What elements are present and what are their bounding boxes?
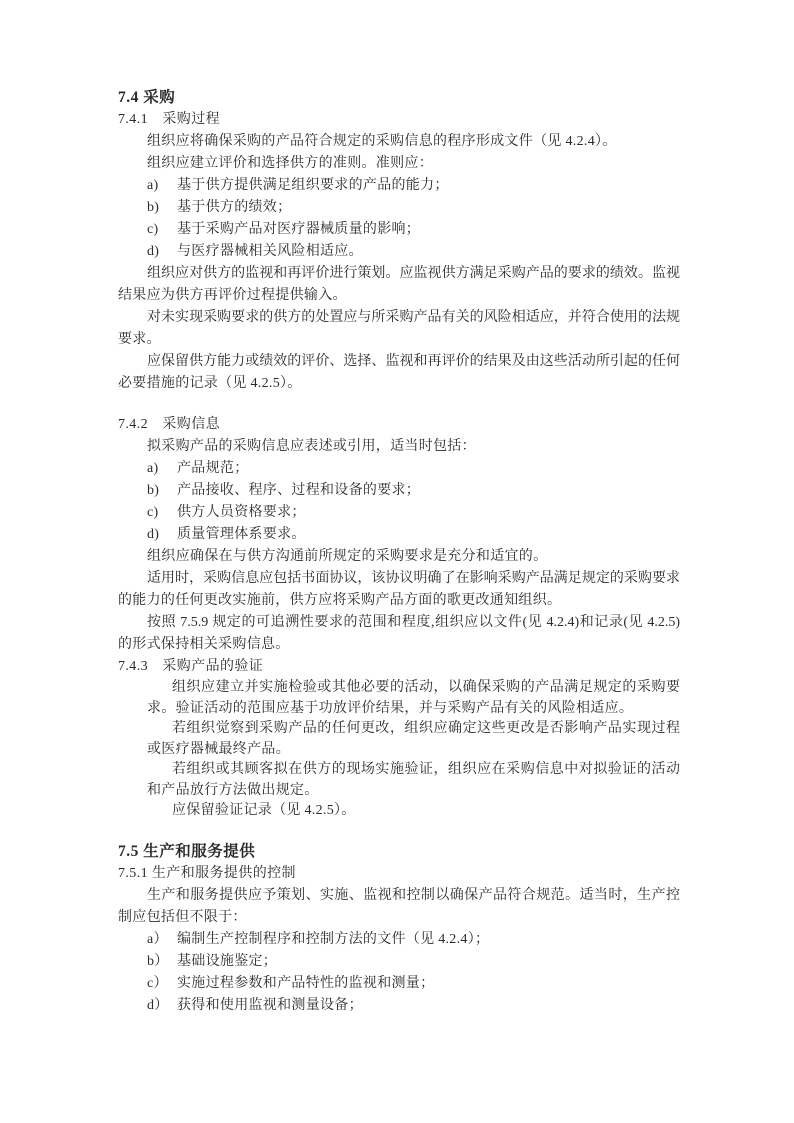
paragraph-line: 的形式保持相关采购信息。 bbox=[118, 634, 680, 656]
paragraph-line: 必要措施的记录（见 4.2.5）。 bbox=[118, 373, 680, 395]
list-item: d)与医疗器械相关风险相适应。 bbox=[118, 241, 680, 263]
list-item: b)产品接收、程序、过程和设备的要求； bbox=[118, 480, 680, 502]
list-marker: a) bbox=[147, 458, 177, 480]
list-item-text: 编制生产控制程序和控制方法的文件（见 4.2.4）； bbox=[177, 932, 489, 947]
paragraph-line: 组织应对供方的监视和再评价进行策划。应监视供方满足采购产品的要求的绩效。监视 bbox=[118, 263, 680, 285]
paragraph-line: 对未实现采购要求的供方的处置应与所采购产品有关的风险相适应，并符合使用的法规 bbox=[118, 307, 680, 329]
paragraph-gap bbox=[118, 822, 680, 841]
list-marker: b) bbox=[147, 197, 177, 219]
list-item-text: 获得和使用监视和测量设备； bbox=[177, 998, 363, 1013]
list-marker: d) bbox=[147, 524, 177, 546]
paragraph-line: 生产和服务提供应予策划、实施、监视和控制以确保产品符合规范。适当时，生产控 bbox=[118, 885, 680, 907]
subsection-heading: 7.4.1 采购过程 bbox=[118, 109, 680, 131]
list-item: a）编制生产控制程序和控制方法的文件（见 4.2.4）； bbox=[118, 929, 680, 951]
list-item: c）实施过程参数和产品特性的监视和测量； bbox=[118, 973, 680, 995]
paragraph-line: 或医疗器械最终产品。 bbox=[147, 740, 680, 761]
list-item: b)基于供方的绩效； bbox=[118, 197, 680, 219]
list-item: b）基础设施鉴定； bbox=[118, 951, 680, 973]
subsection-heading: 7.5.1 生产和服务提供的控制 bbox=[118, 863, 680, 885]
paragraph-line: 要求。 bbox=[118, 329, 680, 351]
list-item: c)基于采购产品对医疗器械质量的影响； bbox=[118, 219, 680, 241]
list-marker: b） bbox=[147, 951, 177, 973]
paragraph-line: 应保留验证记录（见 4.2.5）。 bbox=[147, 801, 680, 822]
paragraph-line: 若组织或其顾客拟在供方的现场实施验证，组织应在采购信息中对拟验证的活动 bbox=[147, 760, 680, 781]
list-item: a)基于供方提供满足组织要求的产品的能力； bbox=[118, 175, 680, 197]
paragraph-line: 制应包括但不限于： bbox=[118, 907, 680, 929]
paragraph-line: 按照 7.5.9 规定的可追溯性要求的范围和程度,组织应以文件(见 4.2.4)… bbox=[118, 612, 680, 634]
section-heading: 7.4 采购 bbox=[118, 87, 680, 109]
list-item-text: 基于供方提供满足组织要求的产品的能力； bbox=[177, 178, 449, 193]
list-marker: c) bbox=[147, 219, 177, 241]
paragraph-line: 应保留供方能力或绩效的评价、选择、监视和再评价的结果及由这些活动所引起的任何 bbox=[118, 351, 680, 373]
section-heading: 7.5 生产和服务提供 bbox=[118, 841, 680, 863]
list-marker: a) bbox=[147, 175, 177, 197]
list-item-text: 实施过程参数和产品特性的监视和测量； bbox=[177, 976, 434, 991]
paragraph-line: 组织应建立并实施检验或其他必要的活动，以确保采购的产品满足规定的采购要 bbox=[147, 678, 680, 699]
paragraph-gap bbox=[118, 395, 680, 414]
list-item-text: 供方人员资格要求； bbox=[177, 505, 306, 520]
paragraph-line: 和产品放行方法做出规定。 bbox=[147, 781, 680, 802]
list-item: d）获得和使用监视和测量设备； bbox=[118, 995, 680, 1017]
paragraph-line: 适用时，采购信息应包括书面协议，该协议明确了在影响采购产品满足规定的采购要求 bbox=[118, 568, 680, 590]
list-item: d)质量管理体系要求。 bbox=[118, 524, 680, 546]
paragraph-line: 组织应建立评价和选择供方的准则。准则应： bbox=[118, 153, 680, 175]
list-marker: c） bbox=[147, 973, 177, 995]
list-item-text: 质量管理体系要求。 bbox=[177, 527, 306, 542]
list-marker: d） bbox=[147, 995, 177, 1017]
paragraph-line: 组织应确保在与供方沟通前所规定的采购要求是充分和适宜的。 bbox=[118, 546, 680, 568]
document-page: 7.4 采购7.4.1 采购过程组织应将确保采购的产品符合规定的采购信息的程序形… bbox=[0, 0, 794, 1123]
paragraph-line: 若组织觉察到采购产品的任何更改，组织应确定这些更改是否影响产品实现过程 bbox=[147, 719, 680, 740]
list-marker: b) bbox=[147, 480, 177, 502]
list-item-text: 与医疗器械相关风险相适应。 bbox=[177, 244, 363, 259]
list-item-text: 基础设施鉴定； bbox=[177, 954, 277, 969]
list-item: a)产品规范； bbox=[118, 458, 680, 480]
paragraph-line: 求。验证活动的范围应基于功放评价结果，并与采购产品有关的风险相适应。 bbox=[147, 699, 680, 720]
paragraph-line: 组织应将确保采购的产品符合规定的采购信息的程序形成文件（见 4.2.4）。 bbox=[118, 131, 680, 153]
paragraph-line: 拟采购产品的采购信息应表述或引用，适当时包括： bbox=[118, 436, 680, 458]
list-item-text: 基于采购产品对医疗器械质量的影响； bbox=[177, 222, 420, 237]
list-item-text: 产品接收、程序、过程和设备的要求； bbox=[177, 483, 420, 498]
paragraph-line: 结果应为供方再评价过程提供输入。 bbox=[118, 285, 680, 307]
document-content: 7.4 采购7.4.1 采购过程组织应将确保采购的产品符合规定的采购信息的程序形… bbox=[118, 87, 680, 1017]
list-marker: a） bbox=[147, 929, 177, 951]
list-marker: c) bbox=[147, 502, 177, 524]
list-item-text: 产品规范； bbox=[177, 461, 249, 476]
paragraph-line: 的能力的任何更改实施前，供方应将采购产品方面的歌更改通知组织。 bbox=[118, 590, 680, 612]
list-item-text: 基于供方的绩效； bbox=[177, 200, 291, 215]
list-marker: d) bbox=[147, 241, 177, 263]
subsection-heading: 7.4.2 采购信息 bbox=[118, 414, 680, 436]
list-item: c)供方人员资格要求； bbox=[118, 502, 680, 524]
subsection-heading: 7.4.3 采购产品的验证 bbox=[118, 656, 680, 678]
